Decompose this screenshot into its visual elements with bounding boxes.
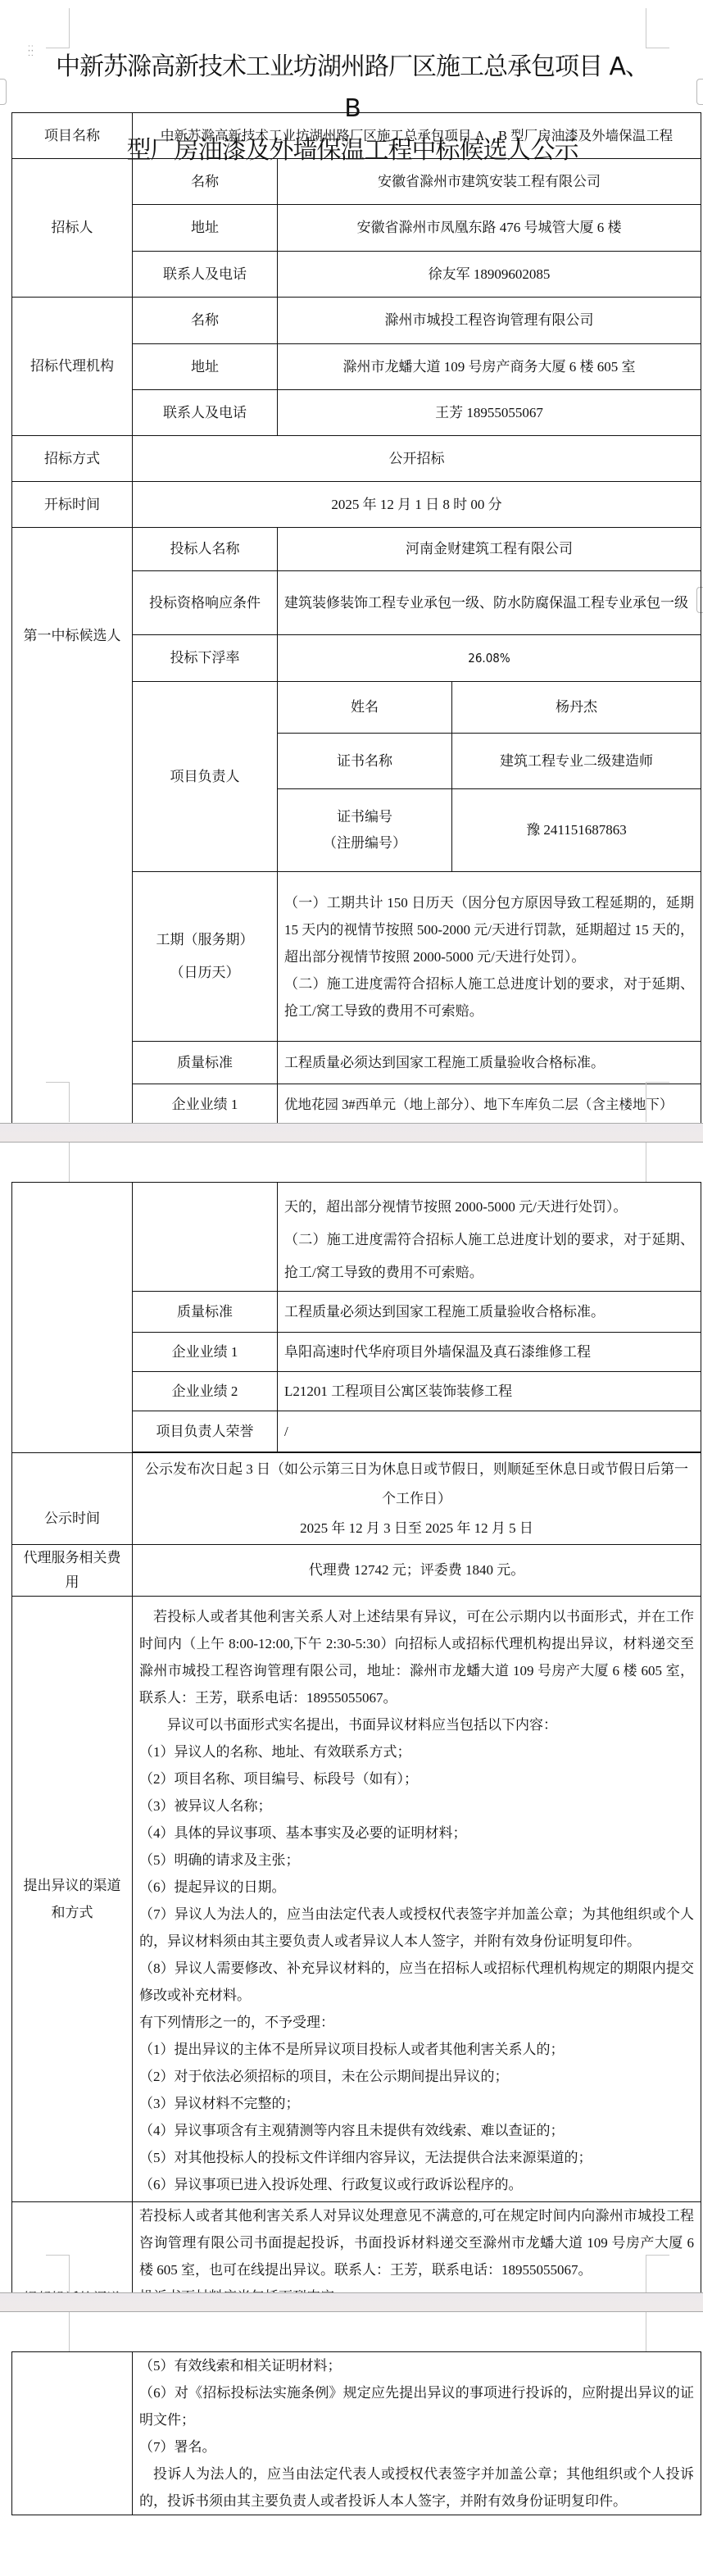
- label-name: 名称: [133, 298, 278, 344]
- right-panel-tab[interactable]: [696, 79, 703, 105]
- candidate-2-period-p1-end: 天的，超出部分视情节按照 2000-5000 元/天进行处罚）。: [284, 1191, 694, 1224]
- value-project-name: 中新苏滁高新技术工业坊湖州路厂区施工总承包项目 A、B 型厂房油漆及外墙保温工程: [133, 113, 701, 159]
- label-perf2: 企业业绩 2: [133, 1372, 278, 1411]
- label-perf1: 企业业绩 1: [133, 1084, 278, 1125]
- page-2: 天的，超出部分视情节按照 2000-5000 元/天进行处罚）。 （二）施工进度…: [0, 1143, 703, 2292]
- row-fees: 代理服务相关费用 代理费 12742 元；评委费 1840 元。: [12, 1545, 701, 1597]
- value-method: 公开招标: [133, 436, 701, 482]
- candidate-1-perf1: 优地花园 3#西单元（地上部分）、地下车库负二层（含主楼地下）: [278, 1084, 701, 1125]
- publicity-dates: 2025 年 12 月 3 日至 2025 年 12 月 5 日: [139, 1514, 694, 1543]
- label-cert-name: 证书名称: [278, 734, 452, 789]
- row-tenderer-name: 招标人 名称 安徽省滁州市建筑安装工程有限公司: [12, 159, 701, 205]
- row-method: 招标方式 公开招标: [12, 436, 701, 482]
- label-contact: 联系人及电话: [133, 390, 278, 436]
- label-tenderer: 招标人: [12, 159, 133, 298]
- row-project-name: 项目名称 中新苏滁高新技术工业坊湖州路厂区施工总承包项目 A、B 型厂房油漆及外…: [12, 113, 701, 159]
- objection-content-intro: 异议可以书面形式实名提出，书面异议材料应当包括以下内容：: [139, 1711, 694, 1738]
- objection-reject-intro: 有下列情形之一的，不予受理：: [139, 2009, 694, 2036]
- objection-reject-item: （1）提出异议的主体不是所异议项目投标人或者其他利害关系人的；: [139, 2036, 694, 2063]
- page-break: [0, 1123, 703, 1143]
- candidate-2-row-period-cont: 天的，超出部分视情节按照 2000-5000 元/天进行处罚）。 （二）施工进度…: [12, 1183, 701, 1292]
- candidate-1-rate: 26.08%: [278, 635, 701, 682]
- objection-item: （1）异议人的名称、地址、有效联系方式；: [139, 1738, 694, 1765]
- value-tenderer-contact: 徐友军 18909602085: [278, 252, 701, 298]
- objection-item: （8）异议人需要修改、补充异议材料的，应当在招标人或招标代理机构规定的期限内提交…: [139, 1955, 694, 2009]
- page-corner-mark: [46, 2312, 70, 2352]
- label-quality: 质量标准: [133, 1292, 278, 1333]
- label-honor: 项目负责人荣誉: [133, 1411, 278, 1452]
- candidate-1-period-p1: （一）工期共计 150 日历天（因分包方原因导致工程延期的，延期 15 天内的视…: [284, 889, 694, 970]
- row-open-time: 开标时间 2025 年 12 月 1 日 8 时 00 分: [12, 482, 701, 528]
- label-manager-name: 姓名: [278, 682, 452, 734]
- objection-reject-item: （5）对其他投标人的投标文件详细内容异议，无法提供合法来源渠道的；: [139, 2144, 694, 2171]
- row-agency-name: 招标代理机构 名称 滁州市城投工程咨询管理有限公司: [12, 298, 701, 344]
- label-bidder-name: 投标人名称: [133, 528, 278, 571]
- page-corner-mark: [46, 2255, 70, 2295]
- candidate-1-period-p2: （二）施工进度需符合招标人施工总进度计划的要求，对于延期、抢工/窝工导致的费用不…: [284, 970, 694, 1024]
- candidate-2-honor: /: [278, 1411, 701, 1452]
- value-agency-address: 滁州市龙蟠大道 109 号房产商务大厦 6 楼 605 室: [278, 344, 701, 390]
- complaint-item: （7）署名。: [139, 2433, 694, 2460]
- candidate-2-perf1: 阜阳高速时代华府项目外墙保温及真石漆维修工程: [278, 1333, 701, 1372]
- candidate-1-cert-name: 建筑工程专业二级建造师: [452, 734, 701, 789]
- objection-item: （6）提起异议的日期。: [139, 1874, 694, 1901]
- row-complaint-cont: （5）有效线索和相关证明材料； （6）对《招标投标法实施条例》规定应先提出异议的…: [12, 2352, 701, 2515]
- page-corner-mark: [46, 1143, 70, 1183]
- value-fees: 代理费 12742 元；评委费 1840 元。: [133, 1545, 701, 1597]
- objection-item: （5）明确的请求及主张；: [139, 1847, 694, 1874]
- left-panel-tab[interactable]: [0, 79, 7, 105]
- candidate-2-period-part2: 天的，超出部分视情节按照 2000-5000 元/天进行处罚）。 （二）施工进度…: [278, 1183, 701, 1292]
- objection-item: （2）项目名称、项目编号、标段号（如有）；: [139, 1765, 694, 1792]
- value-publicity: 公示发布次日起 3 日（如公示第三日为休息日或节假日，则顺延至休息日或节假日后第…: [133, 1453, 701, 1545]
- label-period: 工期（服务期） （日历天）: [133, 872, 278, 1042]
- row-publicity: 公示时间 公示发布次日起 3 日（如公示第三日为休息日或节假日，则顺延至休息日或…: [12, 1453, 701, 1545]
- page-corner-mark: [646, 8, 669, 48]
- row-objection: 提出异议的渠道和方式 若投标人或者其他利害关系人对上述结果有异议，可在公示期内以…: [12, 1597, 701, 2202]
- candidate-1-manager-name: 杨丹杰: [452, 682, 701, 734]
- label-publicity: 公示时间: [12, 1453, 133, 1545]
- candidate-1-period: （一）工期共计 150 日历天（因分包方原因导致工程延期的，延期 15 天内的视…: [278, 872, 701, 1042]
- value-open-time: 2025 年 12 月 1 日 8 时 00 分: [133, 482, 701, 528]
- label-fees: 代理服务相关费用: [12, 1545, 133, 1597]
- objection-reject-item: （6）异议事项已进入投诉处理、行政复议或行政诉讼程序的。: [139, 2171, 694, 2198]
- candidate-1-qualification: 建筑装修装饰工程专业承包一级、防水防腐保温工程专业承包一级: [278, 571, 701, 635]
- objection-item: （3）被异议人名称；: [139, 1792, 694, 1820]
- page-corner-mark: [46, 8, 70, 48]
- page-1: ⁚⁚⁚⁚ 中新苏滁高新技术工业坊湖州路厂区施工总承包项目 A、B 型厂房油漆及外…: [0, 0, 703, 1123]
- label-cert-no-line1: 证书编号: [337, 809, 392, 825]
- objection-intro: 若投标人或者其他利害关系人对上述结果有异议，可在公示期内以书面形式，并在工作时间…: [139, 1603, 694, 1711]
- objection-item: （4）具体的异议事项、基本事实及必要的证明材料；: [139, 1820, 694, 1847]
- value-complaint-cont: （5）有效线索和相关证明材料； （6）对《招标投标法实施条例》规定应先提出异议的…: [133, 2352, 701, 2515]
- page-corner-mark: [646, 2255, 669, 2295]
- candidate-2-perf2: L21201 工程项目公寓区装饰装修工程: [278, 1372, 701, 1411]
- value-agency-name: 滁州市城投工程咨询管理有限公司: [278, 298, 701, 344]
- label-contact: 联系人及电话: [133, 252, 278, 298]
- page-3: （5）有效线索和相关证明材料； （6）对《招标投标法实施条例》规定应先提出异议的…: [0, 2312, 703, 2576]
- label-address: 地址: [133, 344, 278, 390]
- label-period-line1: 工期（服务期）: [156, 932, 254, 947]
- label-name: 名称: [133, 159, 278, 205]
- label-manager: 项目负责人: [133, 682, 278, 872]
- candidate-2-label-cont: [12, 1183, 133, 1453]
- value-tenderer-address: 安徽省滁州市凤凰东路 476 号城管大厦 6 楼: [278, 205, 701, 252]
- page-corner-mark: [646, 2312, 669, 2352]
- objection-item: （7）异议人为法人的，应当由法定代表人或授权代表签字并加盖公章；为其他组织或个人…: [139, 1901, 694, 1955]
- announcement-table-part3: （5）有效线索和相关证明材料； （6）对《招标投标法实施条例》规定应先提出异议的…: [11, 2351, 701, 2515]
- label-objection: 提出异议的渠道和方式: [12, 1597, 133, 2202]
- label-complaint-cont: [12, 2352, 133, 2515]
- label-perf1: 企业业绩 1: [133, 1333, 278, 1372]
- objection-reject-item: （4）异议事项含有主观猜测等内容且未提供有效线索、难以查证的；: [139, 2117, 694, 2144]
- label-period-line2: （日历天）: [170, 965, 240, 980]
- label-cert-no: 证书编号 （注册编号）: [278, 789, 452, 872]
- complaint-item: （5）有效线索和相关证明材料；: [139, 2352, 694, 2379]
- label-rate: 投标下浮率: [133, 635, 278, 682]
- candidate-1-bidder-name: 河南金财建筑工程有限公司: [278, 528, 701, 571]
- page-break: [0, 2292, 703, 2312]
- label-quality: 质量标准: [133, 1042, 278, 1084]
- value-objection: 若投标人或者其他利害关系人对上述结果有异议，可在公示期内以书面形式，并在工作时间…: [133, 1597, 701, 2202]
- candidate-1-quality: 工程质量必须达到国家工程施工质量验收合格标准。: [278, 1042, 701, 1084]
- label-period-cont: [133, 1183, 278, 1292]
- objection-reject-item: （3）异议材料不完整的；: [139, 2090, 694, 2117]
- label-open-time: 开标时间: [12, 482, 133, 528]
- complaint-intro: 若投标人或者其他利害关系人对异议处理意见不满意的,可在规定时间内向滁州市城投工程…: [139, 2202, 694, 2283]
- label-agency: 招标代理机构: [12, 298, 133, 436]
- label-address: 地址: [133, 205, 278, 252]
- label-project-name: 项目名称: [12, 113, 133, 159]
- complaint-closing: 投诉人为法人的，应当由法定代表人或授权代表签字并加盖公章；其他组织或个人投诉的，…: [139, 2460, 694, 2515]
- objection-reject-item: （2）对于依法必须招标的项目，未在公示期间提出异议的；: [139, 2063, 694, 2090]
- candidate-1-cert-no: 豫 241151687863: [452, 789, 701, 872]
- candidate-2-quality: 工程质量必须达到国家工程施工质量验收合格标准。: [278, 1292, 701, 1333]
- candidate-1-label: 第一中标候选人: [12, 528, 133, 1221]
- publicity-rule: 公示发布次日起 3 日（如公示第三日为休息日或节假日，则顺延至休息日或节假日后第…: [139, 1455, 694, 1514]
- value-tenderer-name: 安徽省滁州市建筑安装工程有限公司: [278, 159, 701, 205]
- page-corner-mark: [46, 1082, 70, 1122]
- page-corner-mark: [646, 1143, 669, 1183]
- label-cert-no-line2: （注册编号）: [323, 835, 406, 851]
- label-method: 招标方式: [12, 436, 133, 482]
- candidate-1-row-bidder: 第一中标候选人 投标人名称 河南金财建筑工程有限公司: [12, 528, 701, 571]
- candidate-2-period-p2: （二）施工进度需符合招标人施工总进度计划的要求，对于延期、抢工/窝工导致的费用不…: [284, 1224, 694, 1289]
- drag-handle-icon[interactable]: ⁚⁚⁚⁚: [28, 46, 36, 62]
- value-agency-contact: 王芳 18955055067: [278, 390, 701, 436]
- label-qualification: 投标资格响应条件: [133, 571, 278, 635]
- page-corner-mark: [646, 1082, 669, 1122]
- complaint-item: （6）对《招标投标法实施条例》规定应先提出异议的事项进行投诉的，应附提出异议的证…: [139, 2379, 694, 2433]
- announcement-table-part2: 天的，超出部分视情节按照 2000-5000 元/天进行处罚）。 （二）施工进度…: [11, 1182, 701, 2423]
